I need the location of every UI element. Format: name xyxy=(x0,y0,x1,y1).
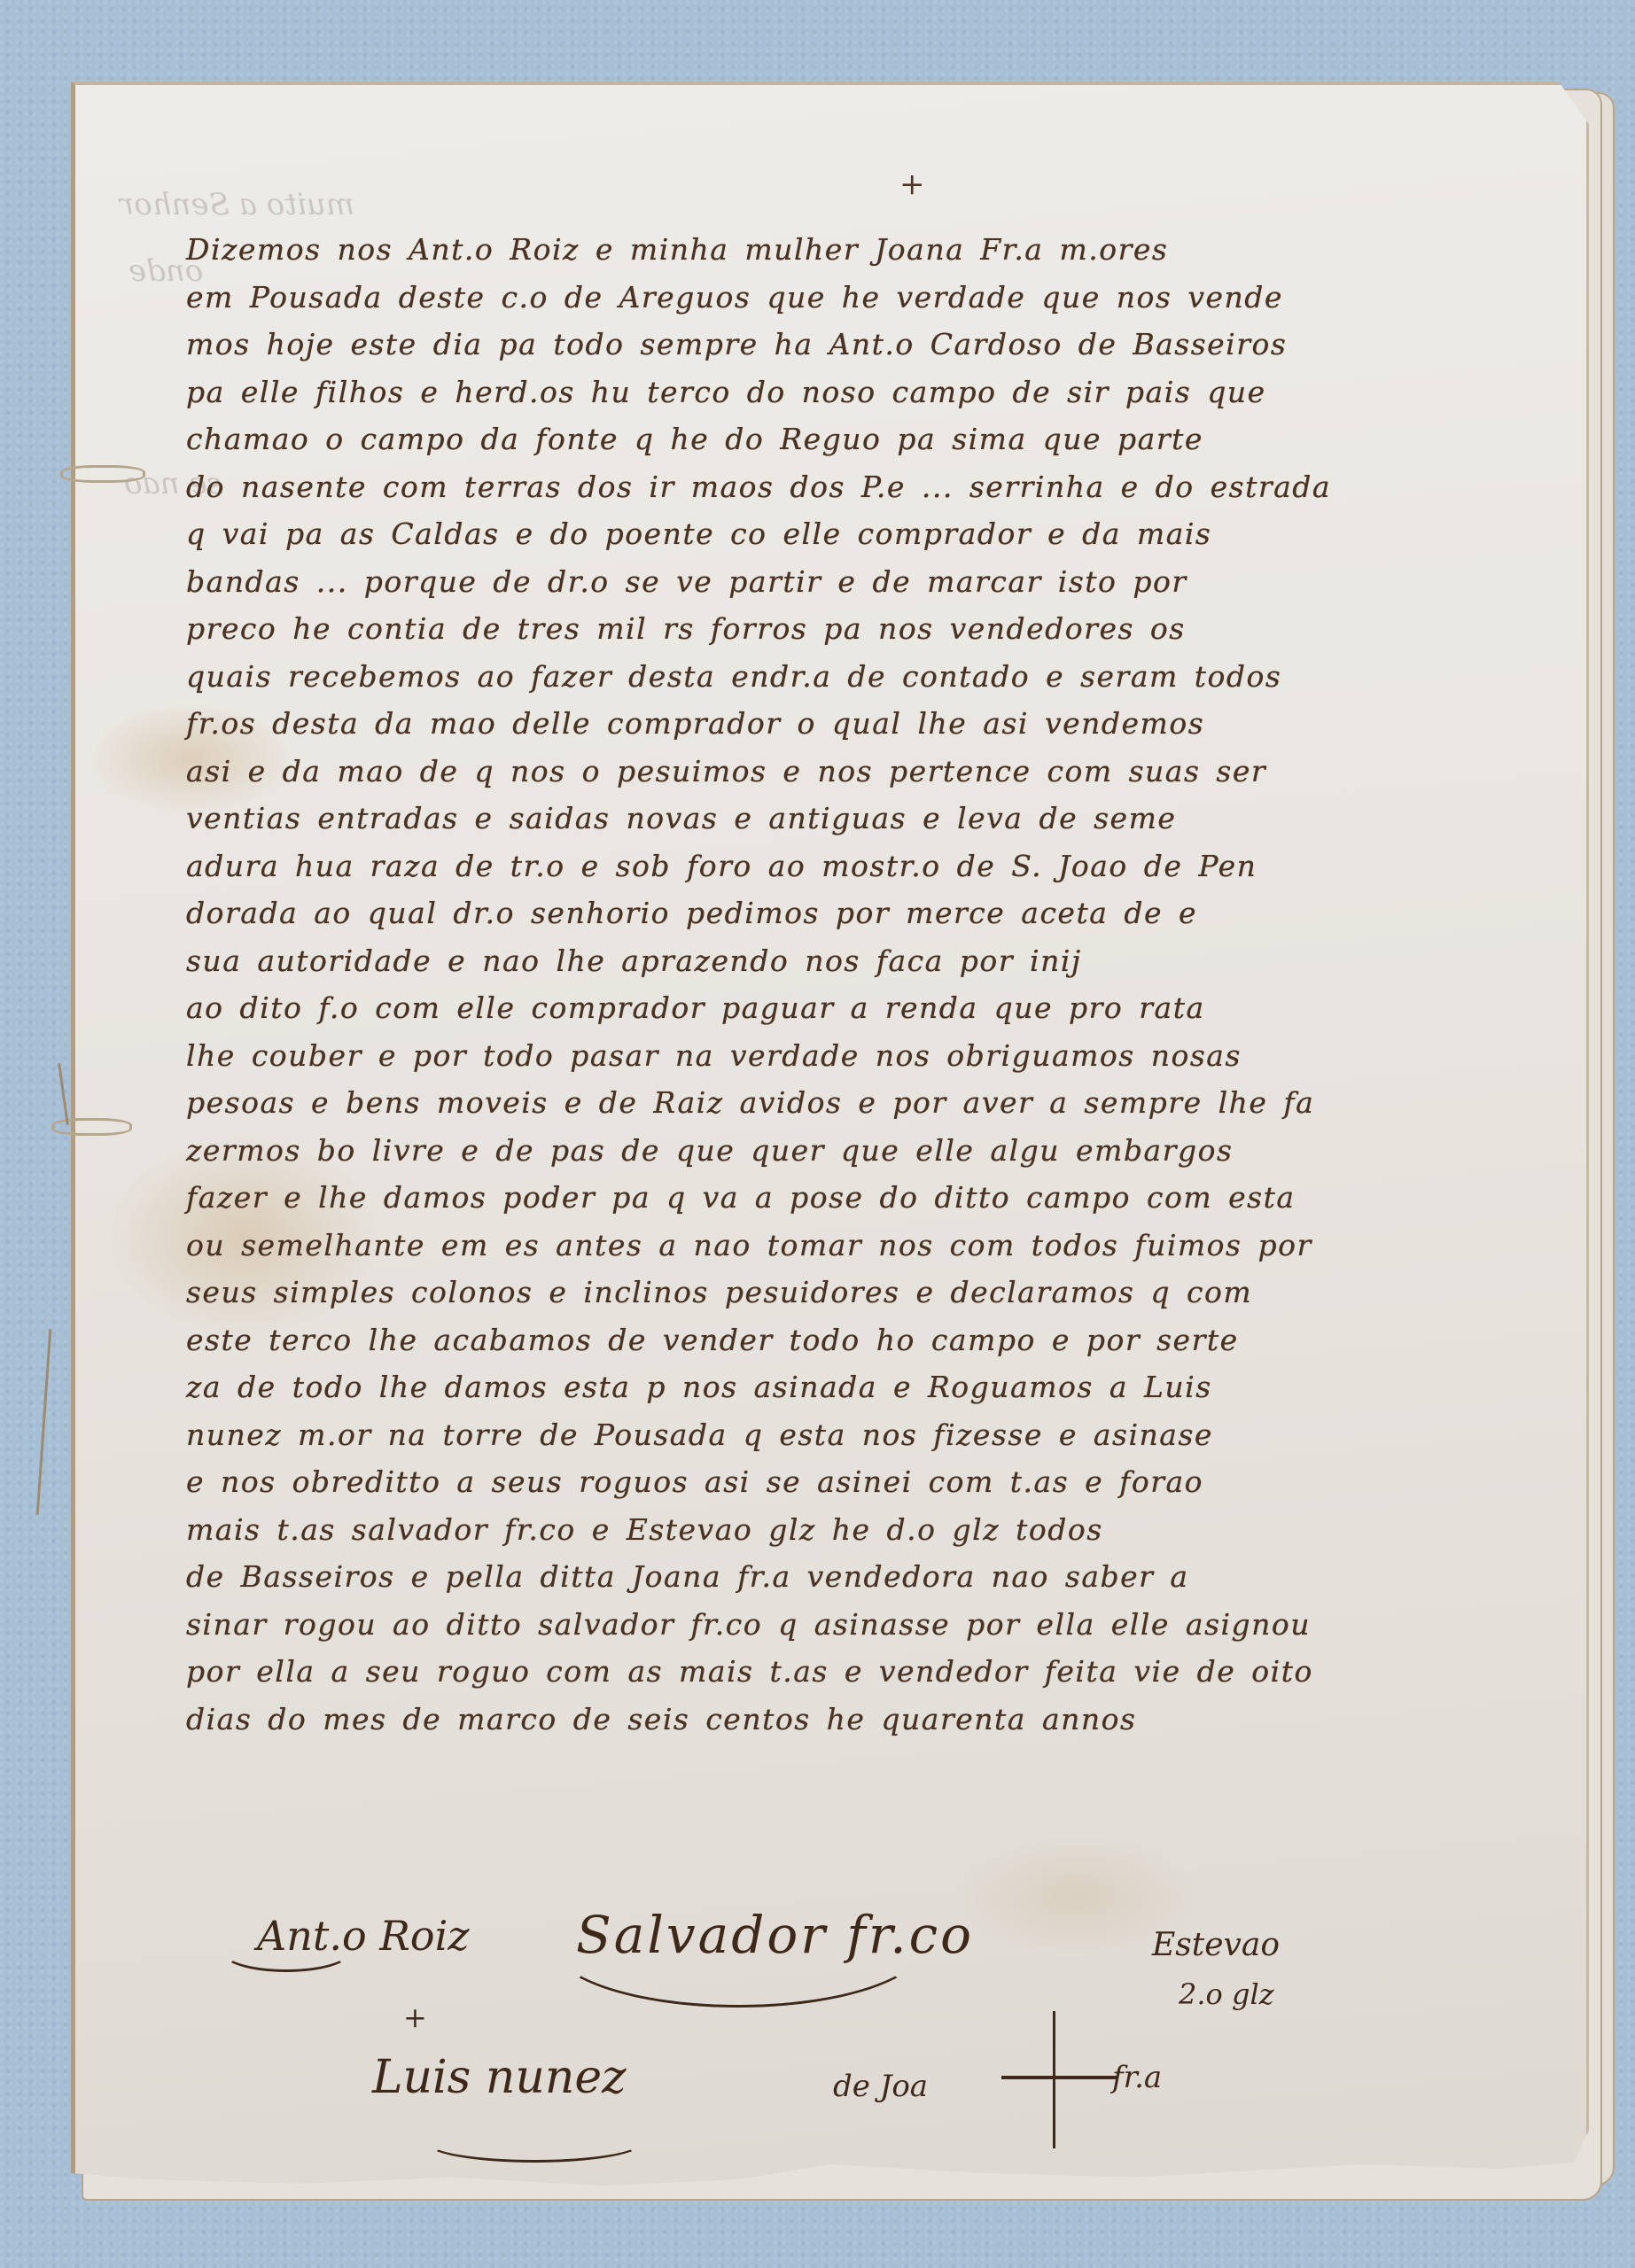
text-line: e nos obreditto a seus roguos asi se asi… xyxy=(186,1458,1515,1506)
top-cross-mark: + xyxy=(899,167,925,202)
text-line: zermos bo livre e de pas de que quer que… xyxy=(186,1127,1515,1175)
text-line: lhe couber e por todo pasar na verdade n… xyxy=(186,1032,1515,1080)
text-line: em Pousada deste c.o de Areguos que he v… xyxy=(186,274,1515,322)
text-line: pa elle filhos e herd.os hu terco do nos… xyxy=(186,369,1515,416)
text-line: preco he contia de tres mil rs forros pa… xyxy=(186,605,1515,653)
text-line: pesoas e bens moveis e de Raiz avidos e … xyxy=(186,1079,1515,1127)
text-line: do nasente com terras dos ir maos dos P.… xyxy=(186,463,1515,511)
signature-flourish xyxy=(549,1878,927,2008)
signature-luis-mark: + xyxy=(403,2000,427,2034)
joana-cross-mark xyxy=(1001,2076,1117,2079)
text-line: sua autoridade e nao lhe aprazendo nos f… xyxy=(186,937,1515,985)
text-line: mais t.as salvador fr.co e Estevao glz h… xyxy=(186,1506,1515,1554)
signature-flourish xyxy=(425,2122,643,2163)
text-line: ventias entradas e saidas novas e antigu… xyxy=(186,795,1515,843)
signature-flourish xyxy=(222,1931,351,1972)
text-line: za de todo lhe damos esta p nos asinada … xyxy=(186,1363,1515,1411)
text-line: mos hoje este dia pa todo sempre ha Ant.… xyxy=(186,321,1515,369)
manuscript-text: Dizemos nos Ant.o Roiz e minha mulher Jo… xyxy=(186,226,1515,1743)
text-line: seus simples colonos e inclinos pesuidor… xyxy=(186,1269,1515,1317)
signature-joana-label: de Joa xyxy=(833,2069,928,2104)
text-line: dorada ao qual dr.o senhorio pedimos por… xyxy=(186,889,1515,937)
signature-joana-after: fr.a xyxy=(1112,2060,1162,2095)
text-line: asi e da mao de q nos o pesuimos e nos p… xyxy=(186,748,1515,796)
text-line: este terco lhe acabamos de vender todo h… xyxy=(186,1317,1515,1364)
text-line: q vai pa as Caldas e do poente co elle c… xyxy=(186,510,1515,558)
text-line: por ella a seu roguo com as mais t.as e … xyxy=(186,1648,1515,1696)
text-line: bandas ... porque de dr.o se ve partir e… xyxy=(186,558,1515,606)
binding-thread-loop xyxy=(60,465,145,483)
binding-thread-loop xyxy=(51,1118,132,1136)
text-line: adura hua raza de tr.o e sob foro ao mos… xyxy=(186,843,1515,890)
joana-cross-mark xyxy=(1053,2011,1055,2148)
text-line: fr.os desta da mao delle comprador o qua… xyxy=(186,700,1515,748)
text-line: sinar rogou ao ditto salvador fr.co q as… xyxy=(186,1601,1515,1649)
signature-luis-nunez: Luis nunez xyxy=(372,2051,627,2104)
text-line: quais recebemos ao fazer desta endr.a de… xyxy=(186,653,1515,701)
text-line: nunez m.or na torre de Pousada q esta no… xyxy=(186,1411,1515,1459)
text-line: dias do mes de marco de seis centos he q… xyxy=(186,1696,1515,1744)
signature-estevao-second: 2.o glz xyxy=(1179,1977,1274,2011)
text-line: fazer e lhe damos poder pa q va a pose d… xyxy=(186,1174,1515,1222)
text-line: Dizemos nos Ant.o Roiz e minha mulher Jo… xyxy=(186,226,1515,274)
text-line: chamao o campo da fonte q he do Reguo pa… xyxy=(186,416,1515,463)
binding-thread xyxy=(36,1329,52,1515)
text-line: ou semelhante em es antes a nao tomar no… xyxy=(186,1222,1515,1270)
bleed-through-text: muito a Senhor xyxy=(120,187,354,222)
text-line: de Basseiros e pella ditta Joana fr.a ve… xyxy=(186,1553,1515,1601)
binding-thread xyxy=(58,1063,69,1125)
signature-estevao: Estevao xyxy=(1152,1927,1280,1963)
text-line: ao dito f.o com elle comprador paguar a … xyxy=(186,984,1515,1032)
